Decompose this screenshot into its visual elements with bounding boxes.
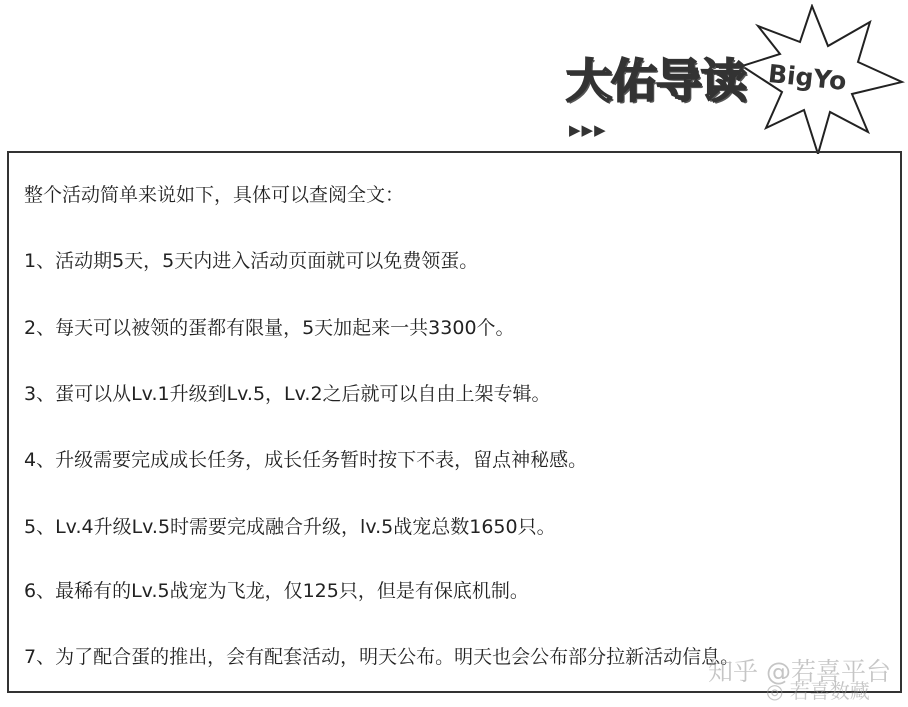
list-item: 4、升级需要完成成长任务，成长任务暂时按下不表，留点神秘感。 [24,445,587,472]
triple-arrow-icon: ▶▶▶ [569,121,607,139]
header-title: 大佑导读 [566,58,746,104]
list-item: 6、最稀有的Lv.5战宠为飞龙，仅125只，但是有保底机制。 [24,576,529,603]
summary-box [7,151,902,693]
list-item: 5、Lv.4升级Lv.5时需要完成融合升级，lv.5战宠总数1650只。 [24,512,556,539]
weibo-watermark: ◎ 若喜数藏 [766,675,870,704]
list-item: 3、蛋可以从Lv.1升级到Lv.5，Lv.2之后就可以自由上架专辑。 [24,379,551,406]
list-item: 1、活动期5天，5天内进入活动页面就可以免费领蛋。 [24,246,478,273]
list-item: 2、每天可以被领的蛋都有限量，5天加起来一共3300个。 [24,313,515,340]
list-item: 7、为了配合蛋的推出，会有配套活动，明天公布。明天也会公布部分拉新活动信息。 [24,642,739,669]
intro-text: 整个活动简单来说如下，具体可以查阅全文： [24,180,404,207]
